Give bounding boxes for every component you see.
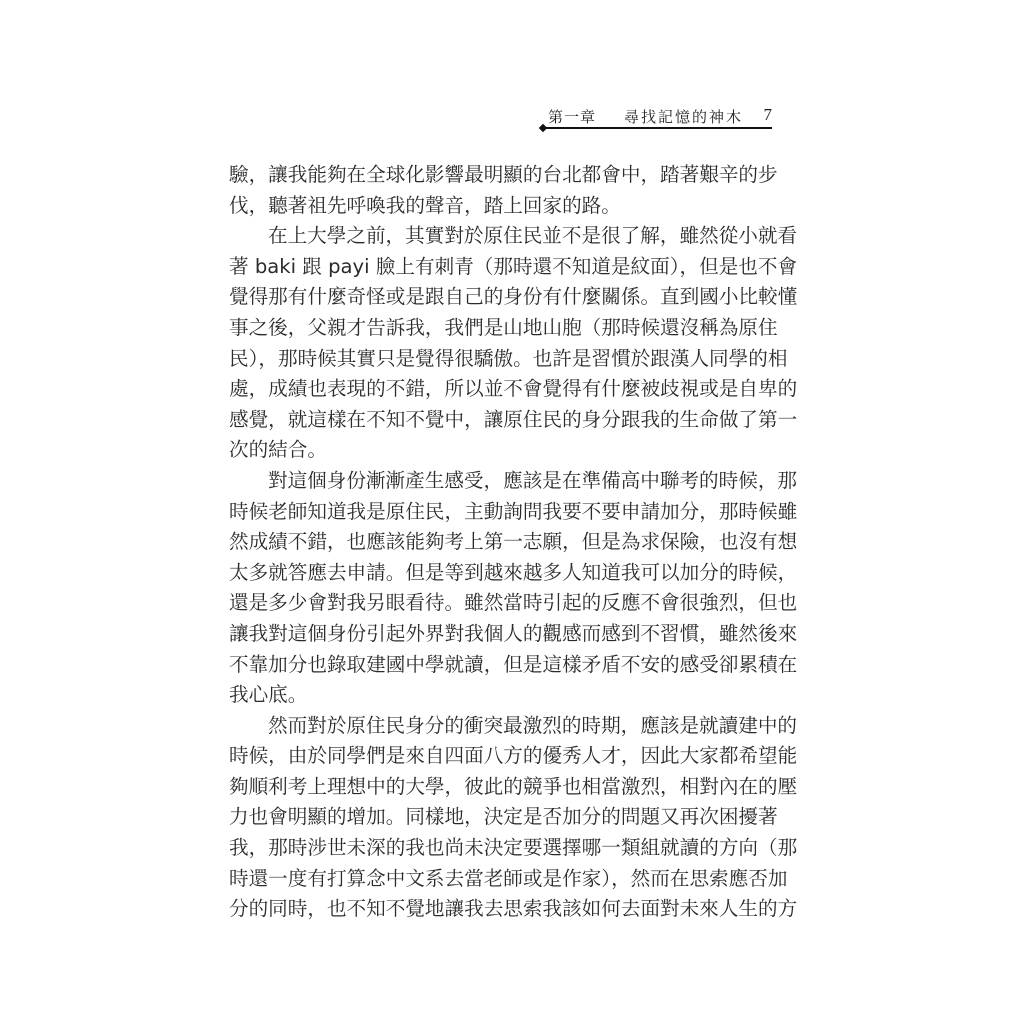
chapter-title: 尋找記憶的神木 bbox=[624, 106, 743, 127]
text-line: 時候老師知道我是原住民，主動詢問我要不要申請加分，那時候雖 bbox=[229, 497, 774, 528]
text-line: 民），那時候其實只是覺得很驕傲。也許是習慣於跟漢人同學的相 bbox=[229, 344, 774, 375]
header-rule bbox=[544, 127, 772, 129]
text-line: 然成績不錯，也應該能夠考上第一志願，但是為求保險，也沒有想 bbox=[229, 527, 774, 558]
text-line: 伐，聽著祖先呼喚我的聲音，踏上回家的路。 bbox=[229, 191, 774, 222]
text-line: 還是多少會對我另眼看待。雖然當時引起的反應不會很強烈，但也 bbox=[229, 588, 774, 619]
text-line: 著 baki 跟 payi 臉上有刺青（那時還不知道是紋面），但是也不會 bbox=[229, 252, 774, 283]
text-line: 次的結合。 bbox=[229, 435, 774, 466]
text-line: 夠順利考上理想中的大學，彼此的競爭也相當激烈，相對內在的壓 bbox=[229, 772, 774, 803]
text-line: 事之後，父親才告訴我，我們是山地山胞（那時候還沒稱為原住 bbox=[229, 313, 774, 344]
chapter-label: 第一章 bbox=[548, 106, 596, 127]
page-number: 7 bbox=[764, 105, 773, 125]
text-line: 力也會明顯的增加。同樣地，決定是否加分的問題又再次困擾著 bbox=[229, 802, 774, 833]
text-line-paragraph-start: 然而對於原住民身分的衝突最激烈的時期，應該是就讀建中的 bbox=[229, 711, 774, 742]
text-line: 讓我對這個身份引起外界對我個人的觀感而感到不習慣，雖然後來 bbox=[229, 619, 774, 650]
text-line: 處，成績也表現的不錯，所以並不會覺得有什麼被歧視或是自卑的 bbox=[229, 374, 774, 405]
text-line: 我，那時涉世未深的我也尚未決定要選擇哪一類組就讀的方向（那 bbox=[229, 833, 774, 864]
text-line: 時還一度有打算念中文系去當老師或是作家），然而在思索應否加 bbox=[229, 864, 774, 895]
running-header: 第一章 尋找記憶的神木 7 bbox=[548, 104, 772, 128]
body-text: 驗，讓我能夠在全球化影響最明顯的台北都會中，踏著艱辛的步 伐，聽著祖先呼喚我的聲… bbox=[229, 160, 774, 925]
text-line: 我心底。 bbox=[229, 680, 774, 711]
text-line: 感覺，就這樣在不知不覺中，讓原住民的身分跟我的生命做了第一 bbox=[229, 405, 774, 436]
text-line: 不靠加分也錄取建國中學就讀，但是這樣矛盾不安的感受卻累積在 bbox=[229, 650, 774, 681]
text-line: 分的同時，也不知不覺地讓我去思索我該如何去面對未來人生的方 bbox=[229, 894, 774, 925]
text-line: 太多就答應去申請。但是等到越來越多人知道我可以加分的時候， bbox=[229, 558, 774, 589]
text-line: 驗，讓我能夠在全球化影響最明顯的台北都會中，踏著艱辛的步 bbox=[229, 160, 774, 191]
text-line: 時候，由於同學們是來自四面八方的優秀人才，因此大家都希望能 bbox=[229, 741, 774, 772]
text-line-paragraph-start: 對這個身份漸漸產生感受，應該是在準備高中聯考的時候，那 bbox=[229, 466, 774, 497]
book-page: 第一章 尋找記憶的神木 7 驗，讓我能夠在全球化影響最明顯的台北都會中，踏著艱辛… bbox=[0, 0, 1024, 1024]
text-line-paragraph-start: 在上大學之前，其實對於原住民並不是很了解，雖然從小就看 bbox=[229, 221, 774, 252]
text-line: 覺得那有什麼奇怪或是跟自己的身份有什麼關係。直到國小比較懂 bbox=[229, 282, 774, 313]
